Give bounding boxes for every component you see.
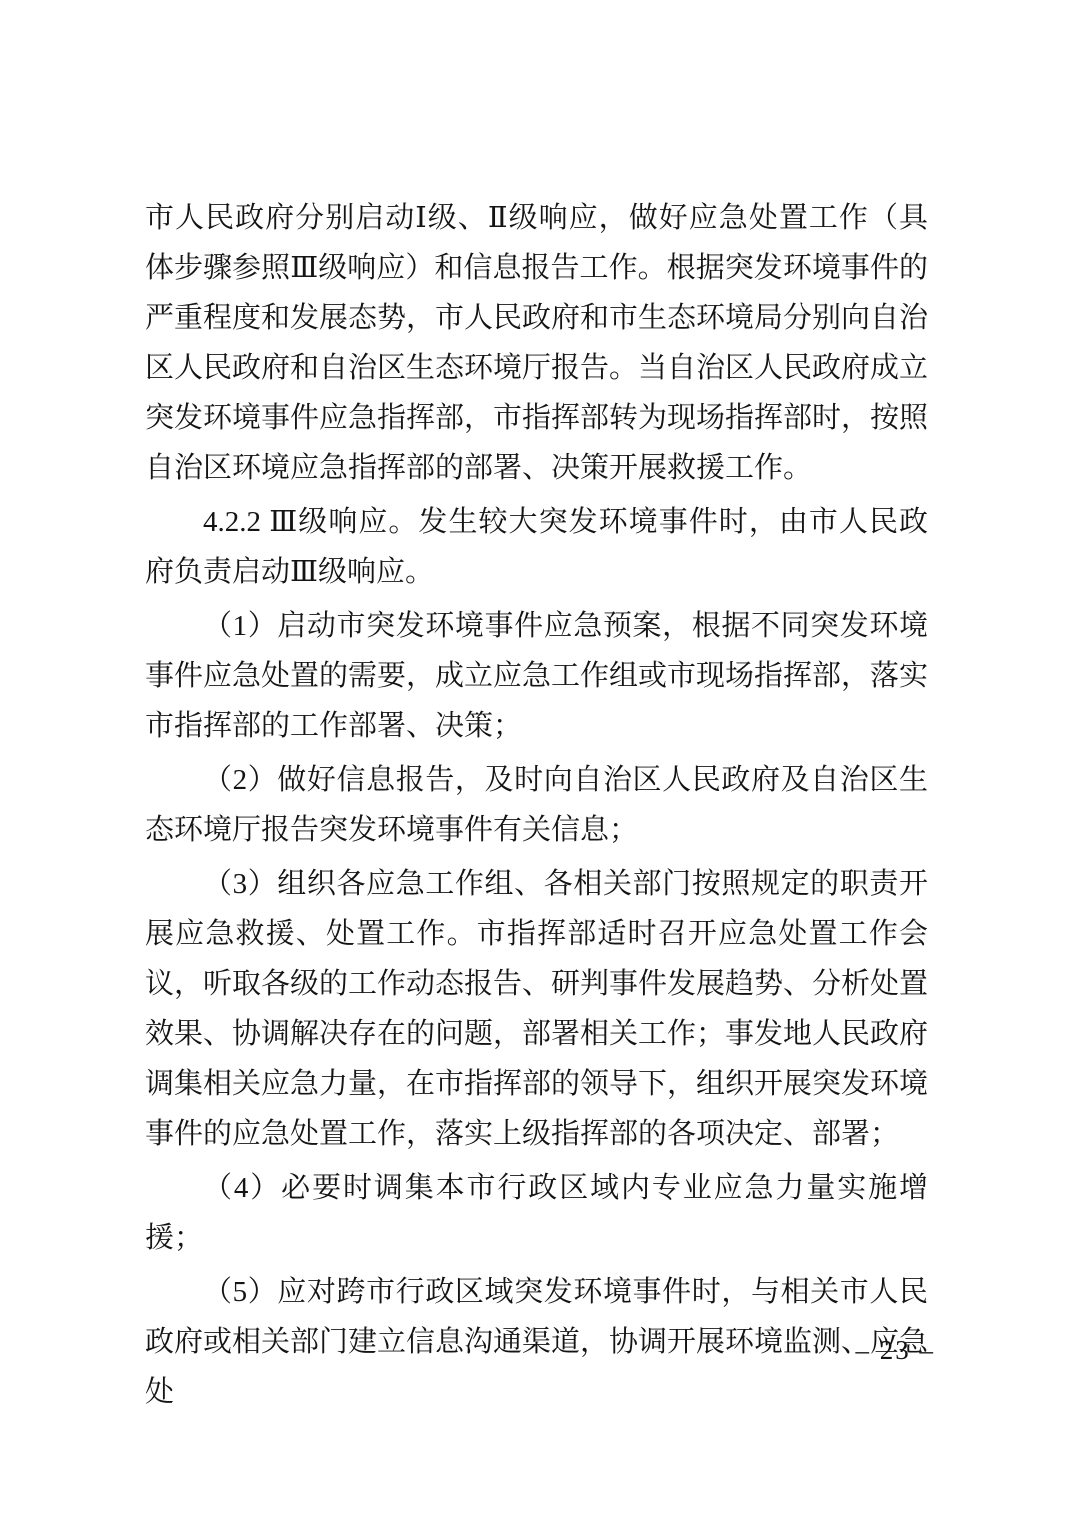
document-body-text: 市人民政府分别启动Ⅰ级、Ⅱ级响应，做好应急处置工作（具体步骤参照Ⅲ级响应）和信息… (145, 193, 928, 1417)
body-paragraph-section-4-2-2: 4.2.2 Ⅲ级响应。发生较大突发环境事件时，由市人民政府负责启动Ⅲ级响应。 (145, 497, 928, 597)
body-paragraph-item-3: （3）组织各应急工作组、各相关部门按照规定的职责开展应急救援、处置工作。市指挥部… (145, 859, 928, 1159)
document-page: 市人民政府分别启动Ⅰ级、Ⅱ级响应，做好应急处置工作（具体步骤参照Ⅲ级响应）和信息… (0, 0, 1074, 1520)
body-paragraph-item-1: （1）启动市突发环境事件应急预案，根据不同突发环境事件应急处置的需要，成立应急工… (145, 601, 928, 751)
page-number: – 23 – (856, 1334, 936, 1366)
body-paragraph-item-5: （5）应对跨市行政区域突发环境事件时，与相关市人民政府或相关部门建立信息沟通渠道… (145, 1267, 928, 1417)
body-paragraph: 市人民政府分别启动Ⅰ级、Ⅱ级响应，做好应急处置工作（具体步骤参照Ⅲ级响应）和信息… (145, 193, 928, 493)
body-paragraph-item-4: （4）必要时调集本市行政区域内专业应急力量实施增援； (145, 1163, 928, 1263)
body-paragraph-item-2: （2）做好信息报告，及时向自治区人民政府及自治区生态环境厅报告突发环境事件有关信… (145, 755, 928, 855)
